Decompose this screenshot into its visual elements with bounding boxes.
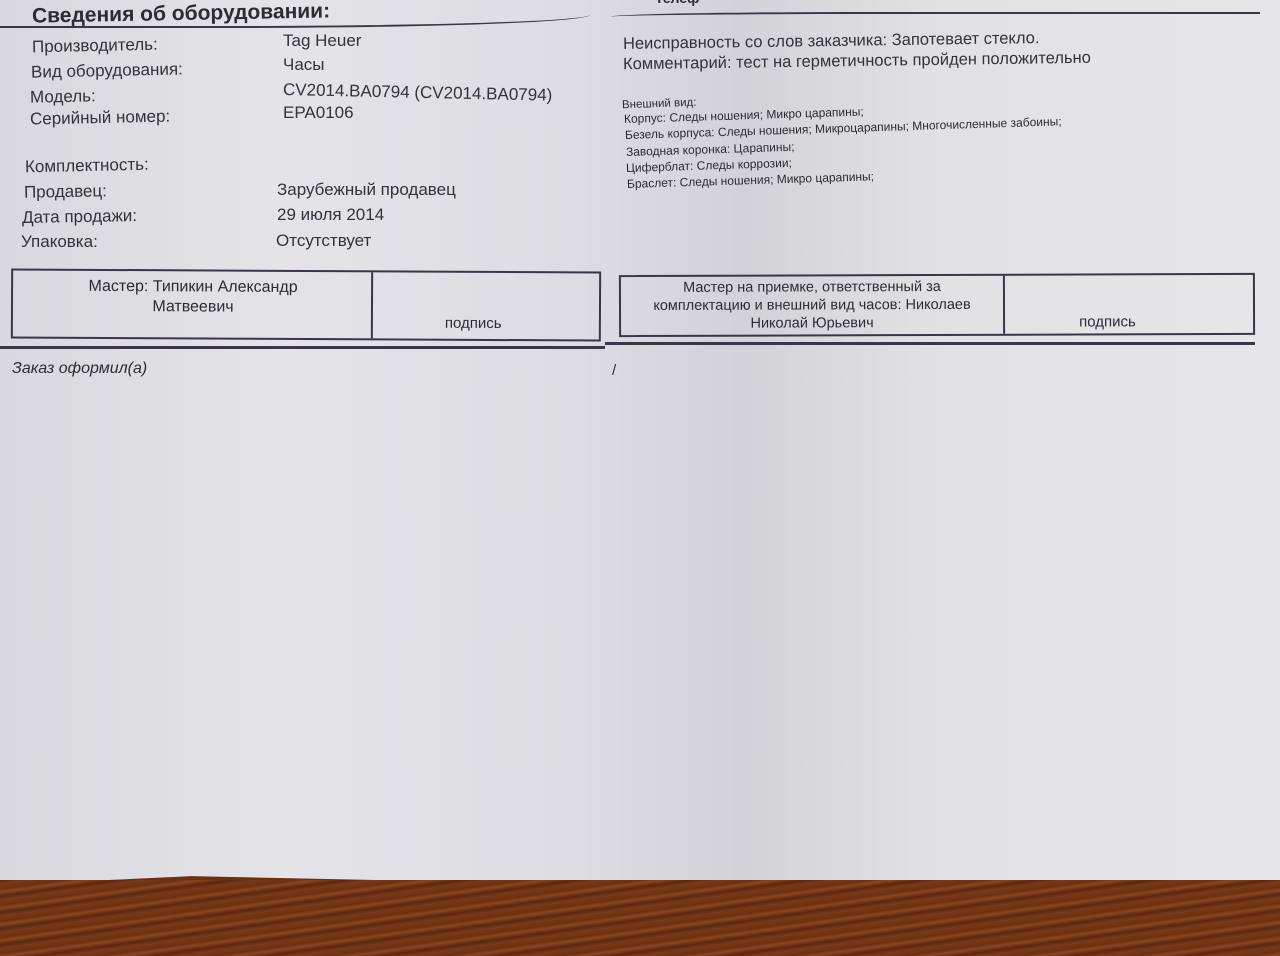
master-name-line1: Мастер: Типикин Александр bbox=[33, 277, 353, 299]
master-box-divider bbox=[371, 272, 373, 338]
value-serial-number: EPA0106 bbox=[283, 103, 354, 123]
order-by-label: Заказ оформил(а) bbox=[12, 360, 147, 378]
reception-signature-label: подпись bbox=[1079, 313, 1136, 330]
reception-box-divider bbox=[1003, 276, 1005, 334]
separator-left bbox=[0, 346, 605, 349]
reception-box: Мастер на приемке, ответственный за комп… bbox=[619, 273, 1255, 337]
header-fragment: Телеф bbox=[655, 0, 699, 6]
value-seller: Зарубежный продавец bbox=[277, 180, 456, 200]
header-divider-right bbox=[610, 12, 1260, 24]
label-manufacturer: Производитель: bbox=[32, 35, 158, 58]
separator-right bbox=[605, 342, 1255, 345]
reception-line3: Николай Юрьевич bbox=[621, 314, 1003, 333]
wooden-table-surface bbox=[0, 880, 1280, 956]
master-name-line2: Матвеевич bbox=[33, 297, 353, 319]
master-name: Мастер: Типикин Александр Матвеевич bbox=[33, 277, 353, 319]
master-box: Мастер: Типикин Александр Матвеевич подп… bbox=[11, 268, 601, 341]
label-serial-number: Серийный номер: bbox=[30, 107, 171, 130]
value-equipment-type: Часы bbox=[283, 55, 325, 75]
label-model: Модель: bbox=[30, 86, 96, 107]
value-sale-date: 29 июля 2014 bbox=[277, 205, 384, 225]
reception-line1: Мастер на приемке, ответственный за bbox=[621, 278, 1003, 297]
label-equipment-type: Вид оборудования: bbox=[31, 59, 183, 82]
reception-master: Мастер на приемке, ответственный за комп… bbox=[621, 278, 1003, 333]
order-by-slash-left: / bbox=[612, 362, 616, 379]
label-packaging: Упаковка: bbox=[21, 232, 98, 252]
value-packaging: Отсутствует bbox=[276, 231, 371, 251]
master-signature-label: подпись bbox=[445, 315, 502, 332]
label-sale-date: Дата продажи: bbox=[22, 206, 137, 228]
reception-line2: комплектацию и внешний вид часов: Никола… bbox=[621, 296, 1003, 315]
label-seller: Продавец: bbox=[24, 181, 107, 202]
value-manufacturer: Tag Heuer bbox=[283, 31, 361, 51]
label-completeness: Комплектность: bbox=[25, 155, 149, 178]
